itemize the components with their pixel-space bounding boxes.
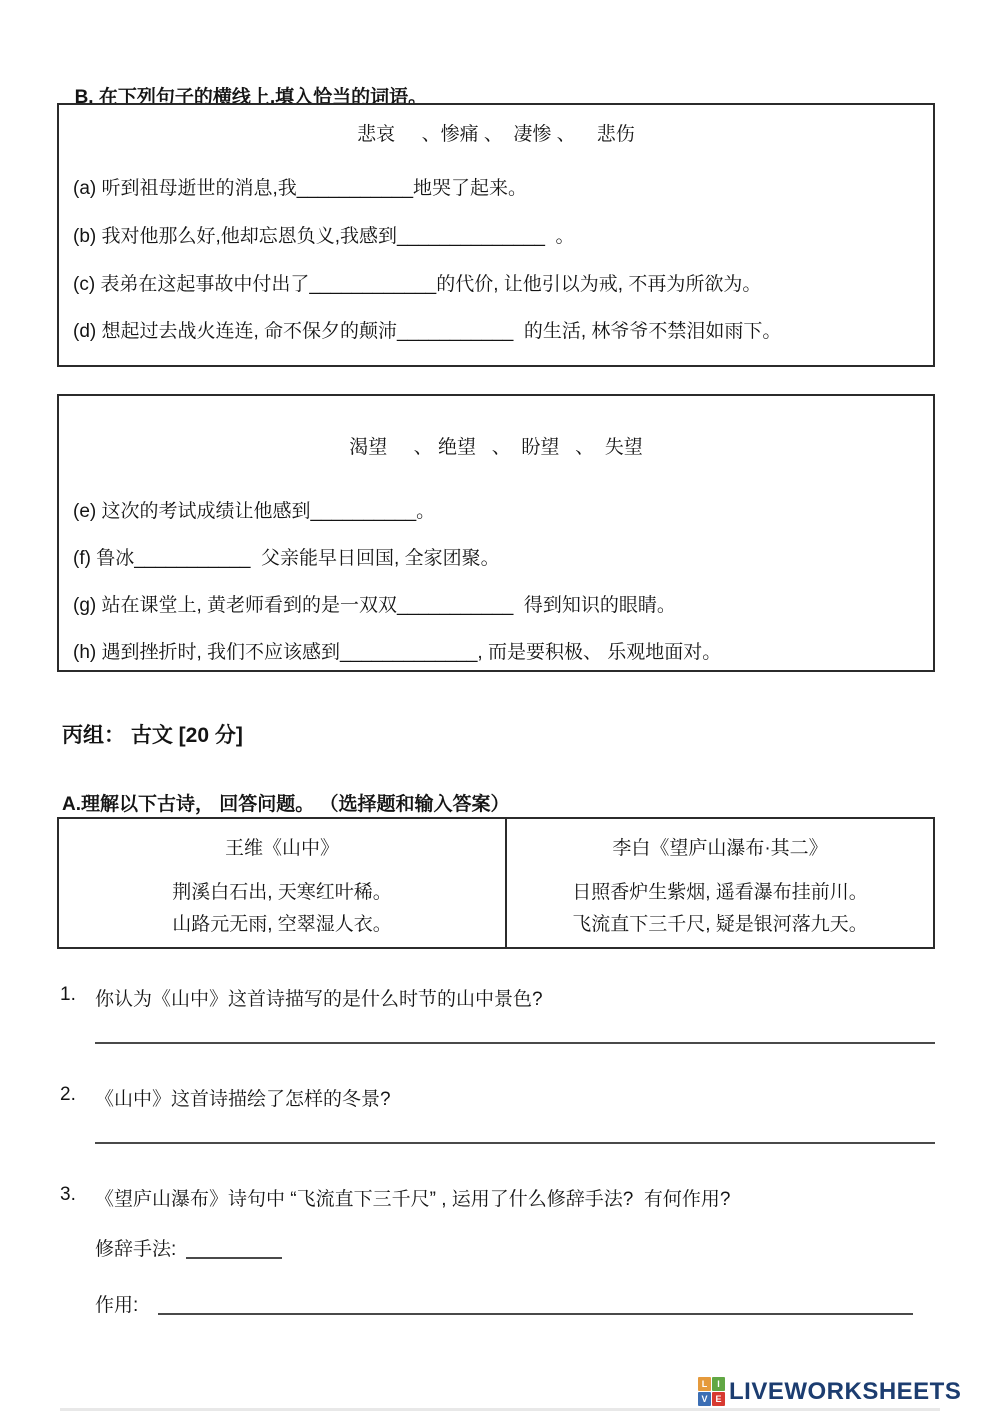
question-1: 1. 你认为《山中》这首诗描写的是什么时节的山中景色? (60, 984, 543, 1011)
fill-sentence-b[interactable]: (b) 我对他那么好,他却忘恩负义,我感到______________ 。 (73, 221, 575, 248)
question-3: 3. 《望庐山瀑布》诗句中 “飞流直下三千尺” , 运用了什么修辞手法? 有何作… (60, 1184, 730, 1211)
rhetoric-row: 修辞手法: (95, 1234, 282, 1261)
logo-tile-i: I (712, 1377, 725, 1391)
question-text: 《山中》这首诗描绘了怎样的冬景? (95, 1084, 391, 1111)
fill-sentence-a[interactable]: (a) 听到祖母逝世的消息,我___________地哭了起来。 (73, 173, 527, 200)
fill-sentence-c[interactable]: (c) 表弟在这起事故中付出了____________的代价, 让他引以为戒, … (73, 269, 761, 296)
poem-line: 飞流直下三千尺, 疑是银河落九天。 (507, 909, 933, 936)
liveworksheets-logo[interactable]: L I V E LIVEWORKSHEETS (698, 1377, 961, 1406)
word-bank-box-2: 渴望 、 绝望 、 盼望 、 失望 (e) 这次的考试成绩让他感到_______… (57, 394, 935, 672)
question-2: 2. 《山中》这首诗描绘了怎样的冬景? (60, 1084, 391, 1111)
poem-title: 李白《望庐山瀑布·其二》 (507, 833, 933, 860)
question-number: 3. (60, 1184, 95, 1211)
fill-sentence-g[interactable]: (g) 站在课堂上, 黄老师看到的是一双双___________ 得到知识的眼睛… (73, 590, 676, 617)
answer-line-q2[interactable] (95, 1128, 935, 1144)
logo-tile-e: E (712, 1392, 725, 1406)
fill-sentence-e[interactable]: (e) 这次的考试成绩让他感到__________。 (73, 496, 435, 523)
section-c-subheading: A.理解以下古诗， 回答问题。 （选择题和输入答案） (62, 789, 510, 816)
answer-line-effect[interactable] (158, 1299, 913, 1315)
word-bank-box-1: 悲哀 、惨痛 、 凄惨 、 悲伤 (a) 听到祖母逝世的消息,我________… (57, 103, 935, 367)
section-b-heading: B. 在下列句子的横线上,填入恰当的词语。 (64, 60, 427, 109)
word-bank-1: 悲哀 、惨痛 、 凄惨 、 悲伤 (59, 119, 933, 146)
page-edge-artifact (60, 1408, 940, 1411)
liveworksheets-grid-icon: L I V E (698, 1377, 725, 1406)
answer-line-rhetoric[interactable] (186, 1243, 282, 1259)
fill-sentence-d[interactable]: (d) 想起过去战火连连, 命不保夕的颠沛___________ 的生活, 林爷… (73, 316, 781, 343)
poem-cell-shanzhong: 王维《山中》 荆溪白石出, 天寒红叶稀。 山路元无雨, 空翠湿人衣。 (59, 819, 507, 947)
logo-tile-v: V (698, 1392, 711, 1406)
logo-tile-l: L (698, 1377, 711, 1391)
rhetoric-label: 修辞手法: (95, 1234, 176, 1261)
word-bank-2: 渴望 、 绝望 、 盼望 、 失望 (59, 432, 933, 459)
poem-line: 山路元无雨, 空翠湿人衣。 (59, 909, 505, 936)
poem-cell-wanglushanpubu: 李白《望庐山瀑布·其二》 日照香炉生紫烟, 遥看瀑布挂前川。 飞流直下三千尺, … (507, 819, 933, 947)
question-number: 2. (60, 1084, 95, 1111)
answer-line-q1[interactable] (95, 1028, 935, 1044)
question-text: 《望庐山瀑布》诗句中 “飞流直下三千尺” , 运用了什么修辞手法? 有何作用? (95, 1184, 730, 1211)
poem-title: 王维《山中》 (59, 833, 505, 860)
effect-row: 作用: (95, 1290, 913, 1317)
fill-sentence-f[interactable]: (f) 鲁冰___________ 父亲能早日回国, 全家团聚。 (73, 543, 500, 570)
fill-sentence-h[interactable]: (h) 遇到挫折时, 我们不应该感到_____________, 而是要积极、 … (73, 637, 721, 664)
poem-line: 荆溪白石出, 天寒红叶稀。 (59, 877, 505, 904)
question-number: 1. (60, 984, 95, 1011)
logo-wordmark: LIVEWORKSHEETS (729, 1378, 961, 1406)
section-c-heading: 丙组： 古文 [20 分] (62, 719, 243, 749)
poem-table: 王维《山中》 荆溪白石出, 天寒红叶稀。 山路元无雨, 空翠湿人衣。 李白《望庐… (57, 817, 935, 949)
effect-label: 作用: (95, 1290, 138, 1317)
poem-line: 日照香炉生紫烟, 遥看瀑布挂前川。 (507, 877, 933, 904)
question-text: 你认为《山中》这首诗描写的是什么时节的山中景色? (95, 984, 543, 1011)
